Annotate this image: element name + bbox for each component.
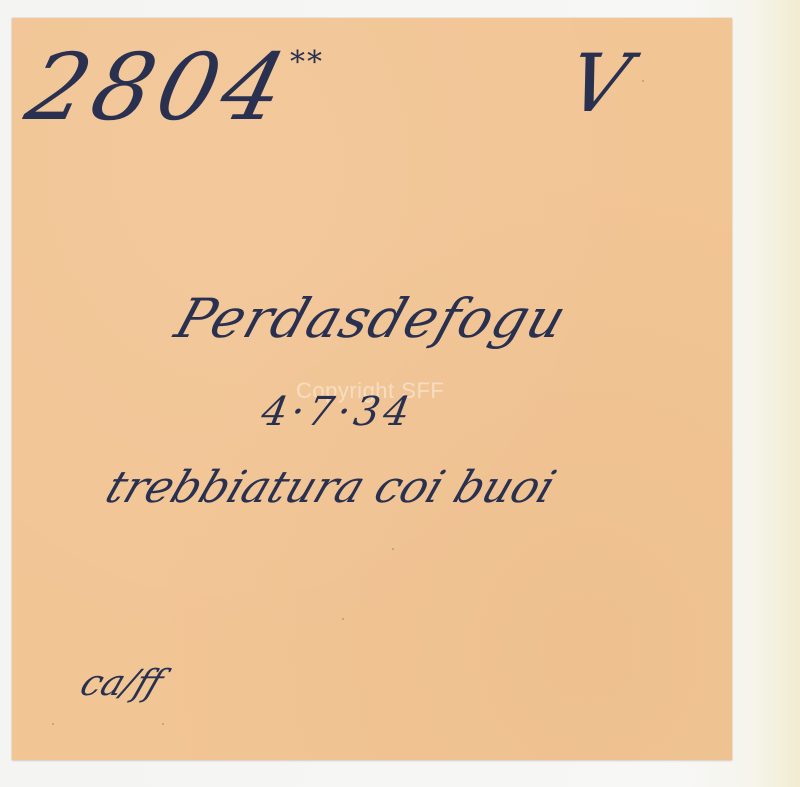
collector-initials: ca/ff bbox=[75, 666, 167, 702]
paper-speck bbox=[392, 548, 394, 550]
paper-speck bbox=[642, 80, 644, 82]
collection-date: 4·7·34 bbox=[258, 392, 416, 432]
catalog-marks: ** bbox=[290, 48, 324, 78]
paper-speck bbox=[52, 723, 54, 725]
paper-speck bbox=[342, 618, 344, 620]
catalog-number: 2804 bbox=[19, 42, 300, 134]
scan-background: 2804 ** V Perdasdefogu Copyright SFF 4·7… bbox=[0, 0, 800, 787]
paper-speck bbox=[162, 723, 164, 725]
description-note: trebbiatura coi buoi bbox=[100, 466, 561, 510]
locality-text: Perdasdefogu bbox=[169, 292, 573, 346]
